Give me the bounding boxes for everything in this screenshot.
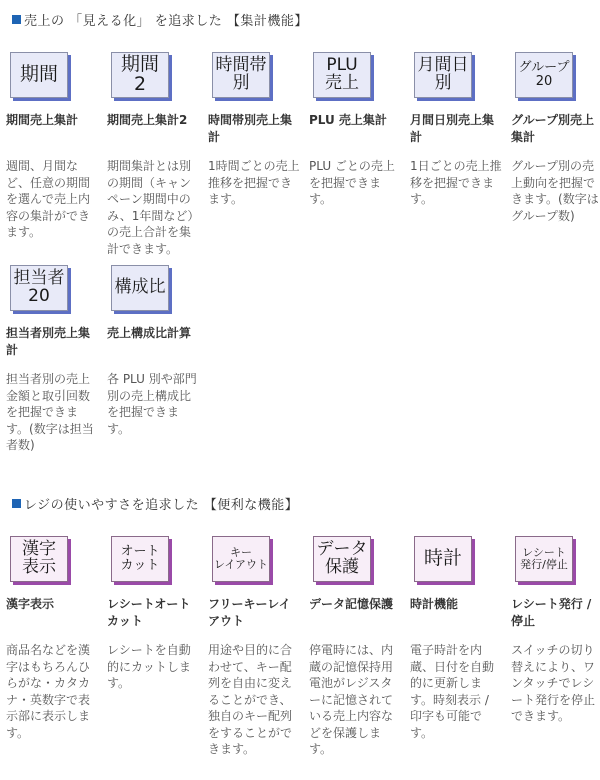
section-heading-aggregation: 売上の 「見える化」 を追求した 【集計機能】 (12, 10, 308, 29)
feature-free-key-layout: キー レイアウト フリーキーレイアウト 用途や目的に合わせて、キー配列を自由に変… (207, 536, 308, 758)
feature-description: 商品名などを漢字はもちろんひらがな・カタカナ・英数字で表示部に表示します。 (5, 642, 100, 741)
convenience-features-grid: 漢字 表示 漢字表示 商品名などを漢字はもちろんひらがな・カタカナ・英数字で表示… (5, 536, 600, 758)
feature-description: 週間、月間など、任意の期間を選んで売上内容の集計ができます。 (5, 158, 100, 241)
feature-hourly-sales: 時間帯 別 時間帯別売上集計 1時間ごとの売上推移を把握できます。 (207, 52, 308, 257)
section-heading-text: レジの使いやすさを追求した 【便利な機能】 (24, 494, 298, 513)
feature-title: PLU 売上集計 (308, 112, 403, 146)
feature-title: 月間日別売上集計 (409, 112, 504, 146)
feature-period-sales: 期間 期間売上集計 週間、月間など、任意の期間を選んで売上内容の集計ができます。 (5, 52, 106, 257)
feature-staff-sales: 担当者 20 担当者別売上集計 担当者別の売上金額と取引回数を把握できます。(数… (5, 265, 106, 454)
feature-description: 電子時計を内蔵、日付を自動的に更新します。時刻表示 / 印字も可能です。 (409, 642, 504, 741)
plu-sales-icon: PLU 売上 (313, 52, 371, 98)
feature-description: グループ別の売上動向を把握できます。(数字はグループ数) (510, 158, 600, 224)
data-protection-icon: データ 保護 (313, 536, 371, 582)
feature-title: 時計機能 (409, 596, 504, 630)
feature-title: グループ別売上集計 (510, 112, 600, 146)
key-layout-icon: キー レイアウト (212, 536, 270, 582)
autocut-icon: オート カット (111, 536, 169, 582)
feature-daily-sales: 月間日 別 月間日別売上集計 1日ごとの売上推移を把握できます。 (409, 52, 510, 257)
feature-period-sales-2: 期間 2 期間売上集計2 期間集計とは別の期間（キャンペーン期間中のみ、1年間な… (106, 52, 207, 257)
clock-icon: 時計 (414, 536, 472, 582)
feature-title: 期間売上集計 (5, 112, 100, 146)
feature-title: 売上構成比計算 (106, 325, 201, 359)
feature-title: レシートオートカット (106, 596, 201, 630)
feature-description: 各 PLU 別や部門別の売上構成比を把握できます。 (106, 371, 201, 437)
daily-icon: 月間日 別 (414, 52, 472, 98)
composition-ratio-icon: 構成比 (111, 265, 169, 311)
feature-kanji-display: 漢字 表示 漢字表示 商品名などを漢字はもちろんひらがな・カタカナ・英数字で表示… (5, 536, 106, 758)
feature-title: フリーキーレイアウト (207, 596, 302, 630)
feature-description: 1日ごとの売上推移を把握できます。 (409, 158, 504, 208)
feature-title: 漢字表示 (5, 596, 100, 630)
feature-receipt-issue-stop: レシート 発行/停止 レシート発行 / 停止 スイッチの切り替えにより、ワンタッ… (510, 536, 600, 758)
feature-plu-sales: PLU 売上 PLU 売上集計 PLU ごとの売上を把握できます。 (308, 52, 409, 257)
feature-composition-ratio: 構成比 売上構成比計算 各 PLU 別や部門別の売上構成比を把握できます。 (106, 265, 207, 454)
group-20-icon: グループ 20 (515, 52, 573, 98)
feature-description: 期間集計とは別の期間（キャンペーン期間中のみ、1年間など）の売上合計を集計できま… (106, 158, 201, 257)
feature-title: レシート発行 / 停止 (510, 596, 600, 630)
feature-receipt-autocut: オート カット レシートオートカット レシートを自動的にカットします。 (106, 536, 207, 758)
hourly-icon: 時間帯 別 (212, 52, 270, 98)
feature-description: レシートを自動的にカットします。 (106, 642, 201, 692)
feature-description: 担当者別の売上金額と取引回数を把握できます。(数字は担当者数) (5, 371, 100, 454)
square-bullet-icon (12, 499, 21, 508)
feature-description: 1時間ごとの売上推移を把握できます。 (207, 158, 302, 208)
square-bullet-icon (12, 15, 21, 24)
feature-title: データ記憶保護 (308, 596, 403, 630)
section-heading-convenience: レジの使いやすさを追求した 【便利な機能】 (12, 494, 298, 513)
aggregation-features-grid: 期間 期間売上集計 週間、月間など、任意の期間を選んで売上内容の集計ができます。… (5, 52, 600, 454)
feature-description: 停電時には、内蔵の記憶保持用電池がレジスターに記憶されている売上内容などを保護し… (308, 642, 403, 758)
period-2-icon: 期間 2 (111, 52, 169, 98)
feature-data-protection: データ 保護 データ記憶保護 停電時には、内蔵の記憶保持用電池がレジスターに記憶… (308, 536, 409, 758)
receipt-issue-stop-icon: レシート 発行/停止 (515, 536, 573, 582)
kanji-display-icon: 漢字 表示 (10, 536, 68, 582)
period-icon: 期間 (10, 52, 68, 98)
feature-title: 時間帯別売上集計 (207, 112, 302, 146)
feature-description: PLU ごとの売上を把握できます。 (308, 158, 403, 208)
feature-clock: 時計 時計機能 電子時計を内蔵、日付を自動的に更新します。時刻表示 / 印字も可… (409, 536, 510, 758)
feature-group-sales: グループ 20 グループ別売上集計 グループ別の売上動向を把握できます。(数字は… (510, 52, 600, 257)
section-heading-text: 売上の 「見える化」 を追求した 【集計機能】 (24, 10, 308, 29)
feature-title: 期間売上集計2 (106, 112, 201, 146)
feature-title: 担当者別売上集計 (5, 325, 100, 359)
staff-20-icon: 担当者 20 (10, 265, 68, 311)
feature-description: スイッチの切り替えにより、ワンタッチでレシート発行を停止できます。 (510, 642, 600, 725)
feature-description: 用途や目的に合わせて、キー配列を自由に変えることができ、独自のキー配列をすること… (207, 642, 302, 758)
